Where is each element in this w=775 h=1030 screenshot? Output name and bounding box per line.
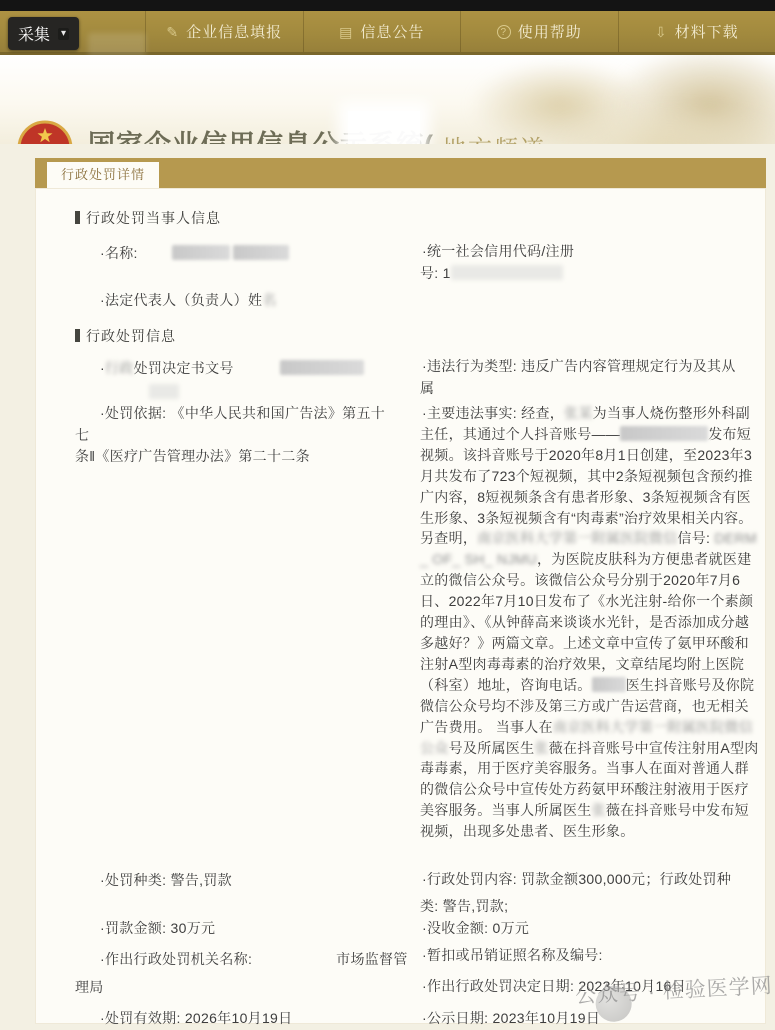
nav-item-enterprise-filing[interactable]: ✎ 企业信息填报 [145, 11, 303, 52]
top-nav-bar: ✎ 企业信息填报 ▤ 信息公告 ? 使用帮助 ⇩ 材料下载 [0, 11, 775, 55]
nav-item-label: 使用帮助 [518, 21, 582, 42]
field-name: ·名称: [75, 243, 397, 265]
field-main-facts: ·主要违法事实: 经查，张某为当事人烧伤整形外科副主任，其通过个人抖音账号——发… [420, 403, 760, 842]
nav-item-downloads[interactable]: ⇩ 材料下载 [618, 11, 775, 52]
pencil-icon: ✎ [166, 25, 179, 39]
field-fine-amount: ·罚款金额: 30万元 [75, 918, 397, 940]
field-legal-representative: ·法定代表人（负责人）姓名 [75, 290, 397, 312]
nav-item-announcements[interactable]: ▤ 信息公告 [303, 11, 461, 52]
field-penalty-authority: ·作出行政处罚机关名称:市场监督管理局 [75, 945, 455, 1001]
bulletin-icon: ▤ [339, 25, 353, 39]
nav-item-help[interactable]: ? 使用帮助 [460, 11, 618, 52]
redacted-region-patch [348, 111, 420, 144]
download-icon: ⇩ [655, 25, 668, 39]
section-heading-party: 行政处罚当事人信息 [75, 208, 221, 228]
field-penalty-basis: ·处罚依据: 《中华人民共和国广告法》第五十七条‖《医疗广告管理办法》第二十二条 [75, 403, 397, 468]
site-header: 国家企业信用信息公示系统( —地方频道 National Enterprise … [0, 55, 775, 144]
tab-penalty-detail[interactable]: 行政处罚详情 [47, 162, 159, 188]
chevron-down-icon: ▾ [58, 28, 69, 40]
nav-item-label: 企业信息填报 [186, 21, 282, 42]
top-black-strip [0, 0, 775, 11]
national-emblem-logo [16, 119, 74, 144]
field-penalty-content: ·行政处罚内容: 罚款金额300,000元；行政处罚种类: 警告,罚款; [420, 866, 760, 920]
penalty-detail-panel: 行政处罚当事人信息 ·名称: ·统一社会信用代码/注册号: 1 ·法定代表人（负… [35, 188, 766, 1024]
help-icon: ? [497, 25, 511, 39]
section-heading-penalty: 行政处罚信息 [75, 326, 176, 346]
field-unified-credit-code: ·统一社会信用代码/注册号: 1 [420, 241, 760, 284]
detail-tab-bar: 行政处罚详情 [35, 158, 766, 188]
field-violation-type: ·违法行为类型: 违反广告内容管理规定行为及其从属 [420, 356, 760, 399]
nav-item-label: 材料下载 [675, 21, 739, 42]
nav-item-label: 信息公告 [360, 21, 424, 42]
collect-button[interactable]: 采集 ▾ [8, 17, 79, 50]
field-valid-until: ·处罚有效期: 2026年10月19日 [75, 1008, 397, 1024]
nav-items: ✎ 企业信息填报 ▤ 信息公告 ? 使用帮助 ⇩ 材料下载 [145, 11, 775, 52]
field-decision-doc-no: ·行政处罚决定书文号 [75, 356, 397, 404]
field-penalty-type: ·处罚种类: 警告,罚款 [75, 870, 397, 892]
field-license-revocation: ·暂扣或吊销证照名称及编号: [420, 945, 760, 967]
field-publicity-date: ·公示日期: 2023年10月19日 [420, 1008, 760, 1024]
section-bar-icon [75, 211, 80, 224]
blurred-nav-text [88, 33, 146, 57]
field-decision-date: ·作出行政处罚决定日期: 2023年10月16日 [420, 976, 760, 998]
field-confiscation-amount: ·没收金额: 0万元 [420, 918, 760, 940]
local-channel-label: —地方频道 [416, 129, 546, 144]
collect-button-label: 采集 [18, 22, 50, 45]
section-bar-icon [75, 329, 80, 342]
